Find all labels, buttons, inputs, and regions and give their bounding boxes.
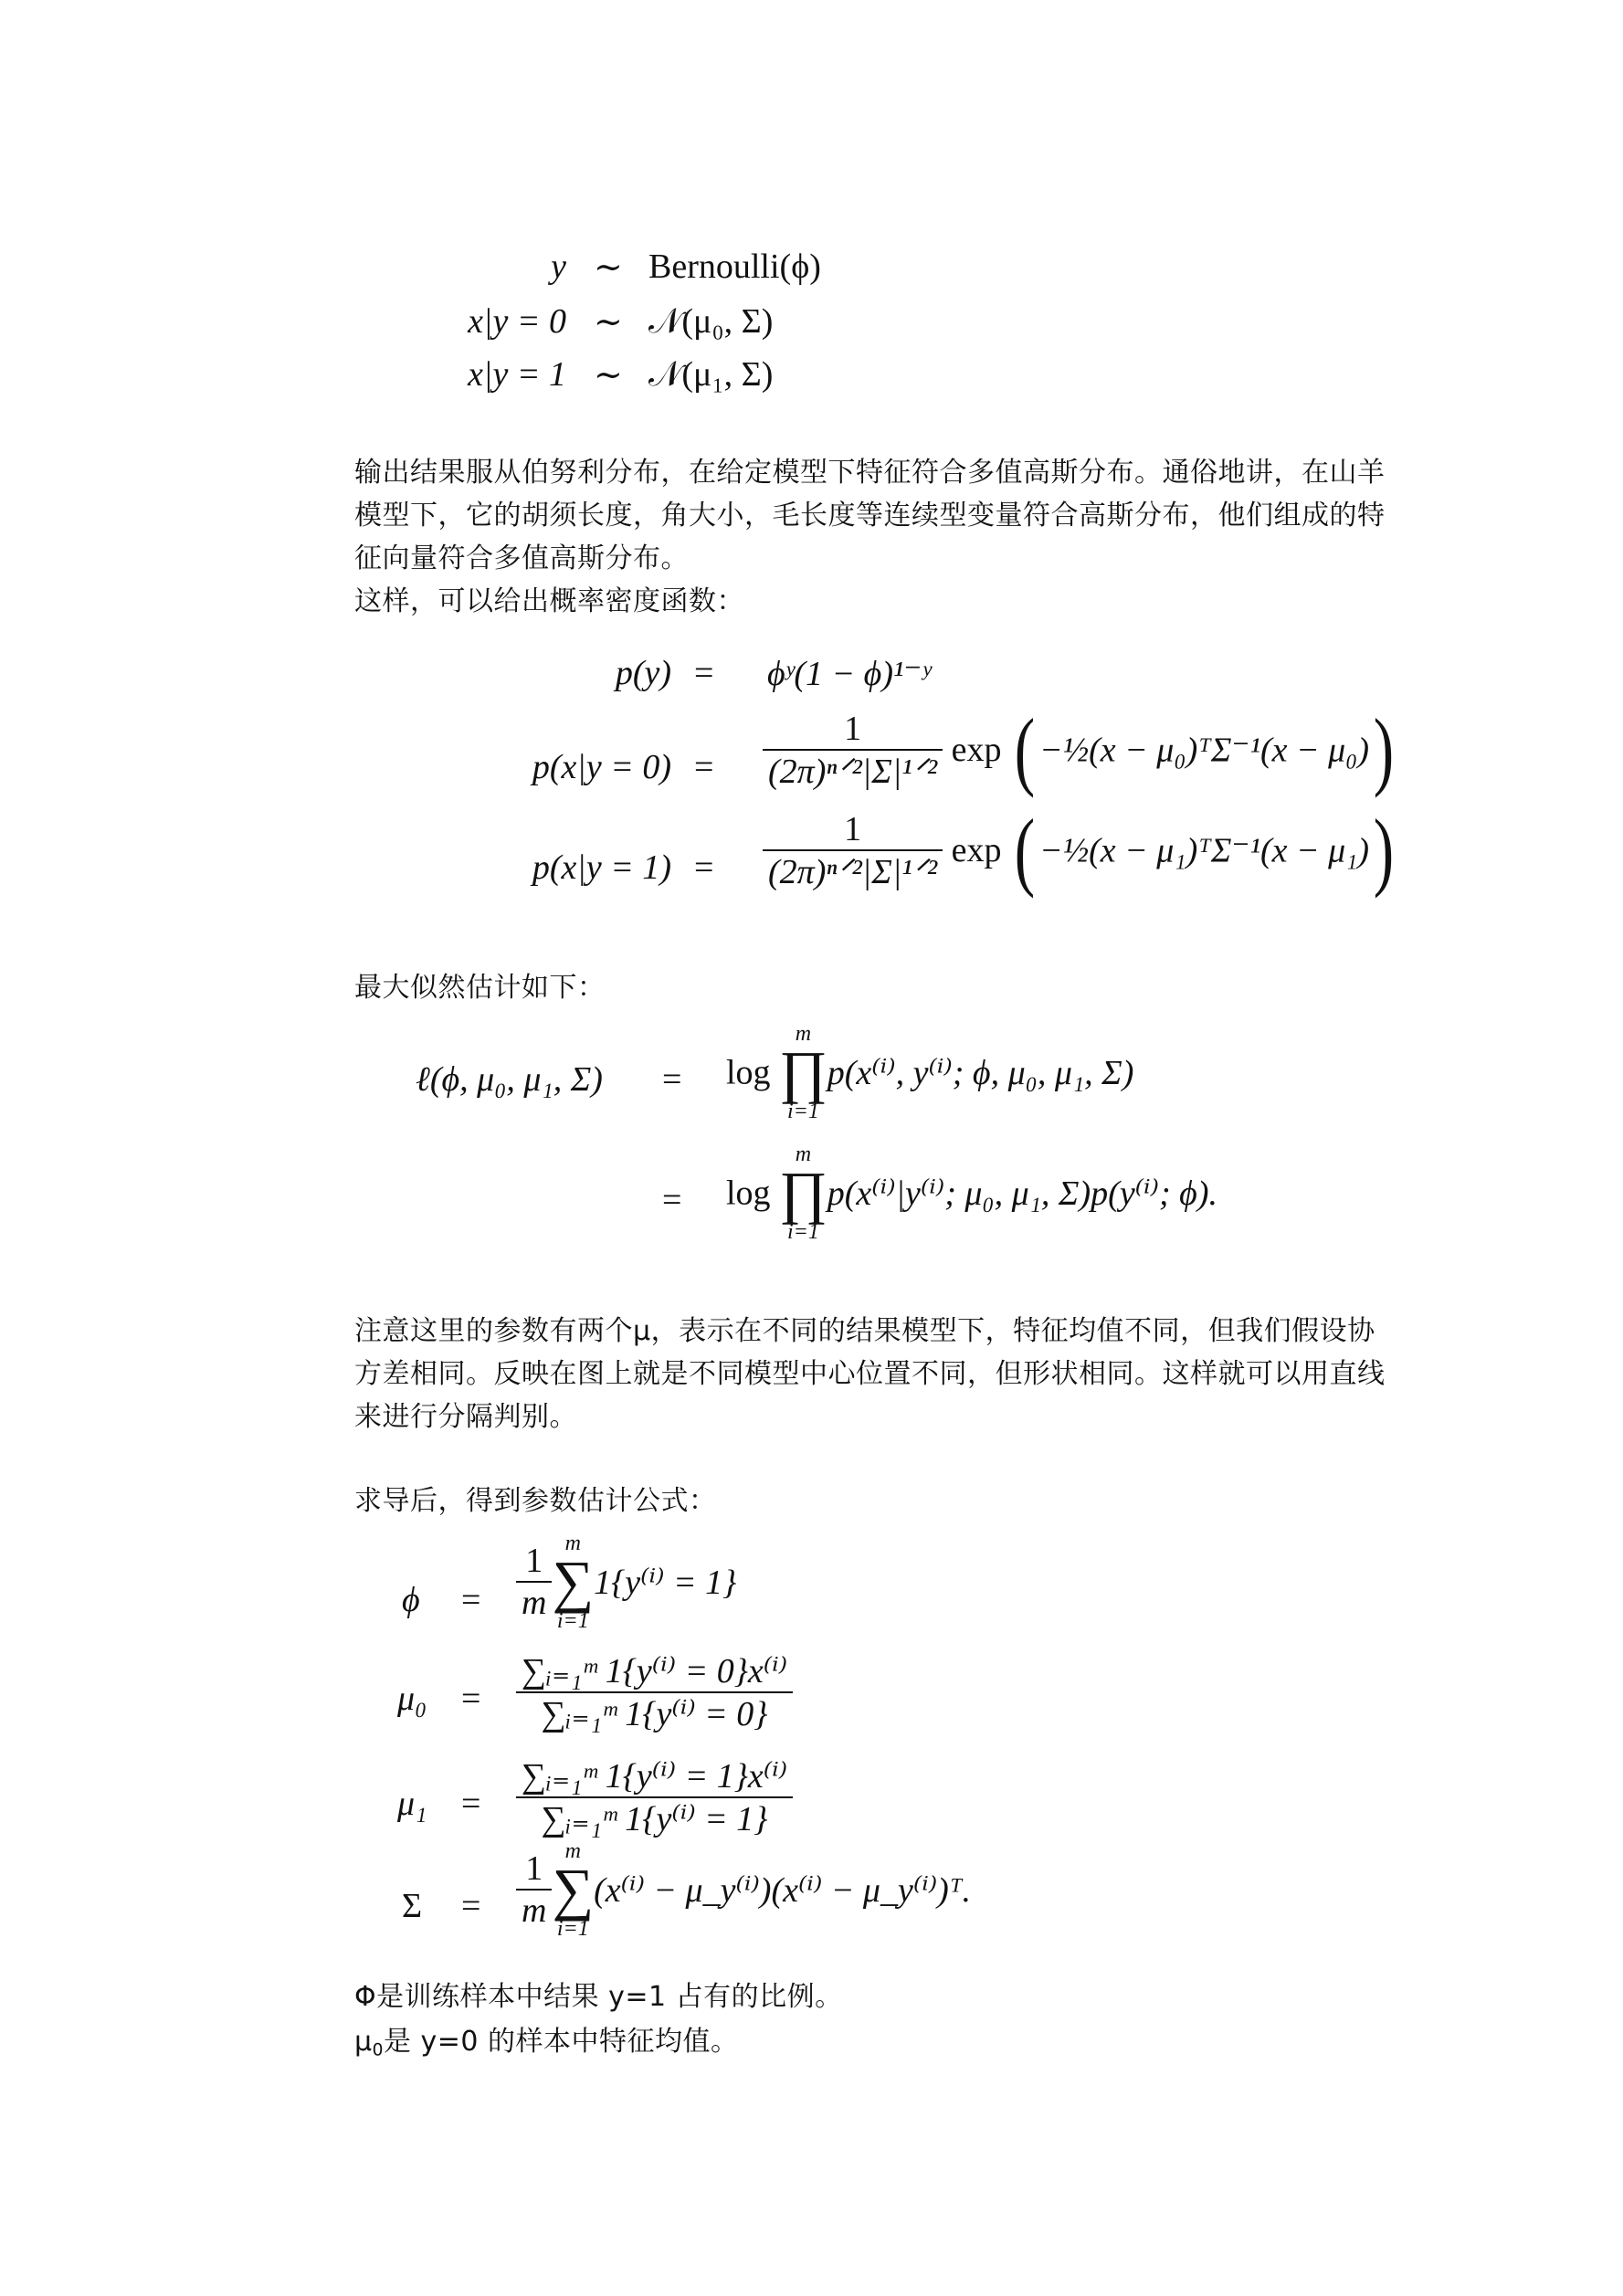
note-line: μ0是 y=0 的样本中特征均值。: [354, 2020, 1386, 2072]
eq-lhs: p(x|y = 1): [532, 848, 671, 888]
fraction: 1 (2π)ⁿᐟ²|Σ|¹ᐟ²: [763, 709, 943, 792]
eq-lhs: y: [551, 247, 566, 287]
eq-equals: =: [461, 1784, 480, 1824]
eq-lhs: ℓ(ϕ, μ₀, μ₁, Σ): [416, 1059, 603, 1100]
eq-lhs: μ₁: [397, 1784, 427, 1824]
eq-rhs: log m ∏ i=1 p(x⁽ⁱ⁾|y⁽ⁱ⁾; μ₀, μ₁, Σ)p(y⁽ⁱ…: [726, 1143, 1217, 1243]
eq-lhs: x|y = 0: [468, 301, 566, 342]
eq-rhs: 1 m m ∑ i=1 1{y⁽ⁱ⁾ = 1}: [516, 1532, 736, 1632]
fraction: 1 (2π)ⁿᐟ²|Σ|¹ᐟ²: [763, 809, 943, 892]
fraction: 1 m: [516, 1541, 552, 1623]
eq-rhs: 𝒩(μ₁, Σ): [648, 354, 773, 395]
paragraph: 最大似然估计如下：: [354, 966, 1386, 1009]
eq-rhs: ∑ᵢ₌₁ᵐ 1{y⁽ⁱ⁾ = 0}x⁽ⁱ⁾ ∑ᵢ₌₁ᵐ 1{y⁽ⁱ⁾ = 0}: [516, 1650, 793, 1734]
eq-lhs: p(x|y = 0): [532, 747, 671, 787]
eq-rhs: 𝒩(μ₀, Σ): [648, 301, 773, 342]
eq-equals: =: [662, 1059, 681, 1100]
eq-equals: =: [461, 1679, 480, 1719]
product-operator: m ∏ i=1: [779, 1023, 827, 1122]
document-page: y ∼ Bernoulli(ϕ) x|y = 0 ∼ 𝒩(μ₀, Σ) x|y …: [0, 0, 1623, 2296]
eq-lhs: ϕ: [402, 1580, 420, 1620]
eq-rhs: ϕʸ(1 − ϕ)¹⁻ʸ: [767, 653, 931, 694]
paragraph: 注意这里的参数有两个μ，表示在不同的结果模型下，特征均值不同，但我们假设协方差相…: [354, 1310, 1386, 1438]
fraction: ∑ᵢ₌₁ᵐ 1{y⁽ⁱ⁾ = 1}x⁽ⁱ⁾ ∑ᵢ₌₁ᵐ 1{y⁽ⁱ⁾ = 1}: [516, 1755, 793, 1839]
sum-operator: m ∑ i=1: [552, 1532, 594, 1632]
eq-equals: =: [694, 653, 713, 693]
fraction: ∑ᵢ₌₁ᵐ 1{y⁽ⁱ⁾ = 0}x⁽ⁱ⁾ ∑ᵢ₌₁ᵐ 1{y⁽ⁱ⁾ = 0}: [516, 1650, 793, 1734]
eq-equals: =: [461, 1886, 480, 1926]
eq-rhs: ∑ᵢ₌₁ᵐ 1{y⁽ⁱ⁾ = 1}x⁽ⁱ⁾ ∑ᵢ₌₁ᵐ 1{y⁽ⁱ⁾ = 1}: [516, 1755, 793, 1839]
eq-rel: ∼: [594, 301, 623, 342]
equation-block-estimates: ϕ = 1 m m ∑ i=1 1{y⁽ⁱ⁾ = 1} μ₀ = ∑ᵢ₌₁ᵐ 1…: [374, 1525, 1196, 1982]
eq-lhs: x|y = 1: [468, 354, 566, 395]
paragraph: 求导后，得到参数估计公式：: [354, 1480, 1386, 1522]
eq-lhs: p(y): [616, 653, 671, 693]
paragraph: 这样，可以给出概率密度函数：: [354, 580, 1386, 623]
equation-block-distributions: y ∼ Bernoulli(ϕ) x|y = 0 ∼ 𝒩(μ₀, Σ) x|y …: [384, 247, 932, 411]
eq-lhs: Σ: [402, 1886, 422, 1926]
eq-rhs: log m ∏ i=1 p(x⁽ⁱ⁾, y⁽ⁱ⁾; ϕ, μ₀, μ₁, Σ): [726, 1023, 1133, 1122]
equation-block-likelihood: ℓ(ϕ, μ₀, μ₁, Σ) = log m ∏ i=1 p(x⁽ⁱ⁾, y⁽…: [384, 1023, 1388, 1269]
sum-operator: m ∑ i=1: [552, 1840, 594, 1940]
fraction: 1 m: [516, 1848, 552, 1931]
eq-rel: ∼: [594, 354, 623, 395]
eq-rhs: 1 (2π)ⁿᐟ²|Σ|¹ᐟ² exp (−½(x − μ₀)ᵀΣ⁻¹(x − …: [763, 706, 1398, 794]
eq-rhs: 1 m m ∑ i=1 (x⁽ⁱ⁾ − μ_y⁽ⁱ⁾)(x⁽ⁱ⁾ − μ_y⁽ⁱ…: [516, 1840, 971, 1940]
eq-rhs: 1 (2π)ⁿᐟ²|Σ|¹ᐟ² exp (−½(x − μ₁)ᵀΣ⁻¹(x − …: [763, 806, 1398, 894]
equation-block-densities: p(y) = ϕʸ(1 − ϕ)¹⁻ʸ p(x|y = 0) = 1 (2π)ⁿ…: [393, 644, 1443, 918]
note-line: Φ是训练样本中结果 y=1 占有的比例。: [354, 1975, 1386, 2018]
paragraph: 输出结果服从伯努利分布，在给定模型下特征符合多值高斯分布。通俗地讲，在山羊模型下…: [354, 451, 1386, 580]
eq-equals: =: [461, 1580, 480, 1620]
eq-rel: ∼: [594, 247, 623, 288]
eq-equals: =: [694, 747, 713, 787]
eq-equals: =: [694, 848, 713, 888]
eq-lhs: μ₀: [397, 1679, 427, 1719]
eq-equals: =: [662, 1180, 681, 1220]
eq-rhs: Bernoulli(ϕ): [648, 247, 821, 287]
product-operator: m ∏ i=1: [779, 1143, 827, 1243]
